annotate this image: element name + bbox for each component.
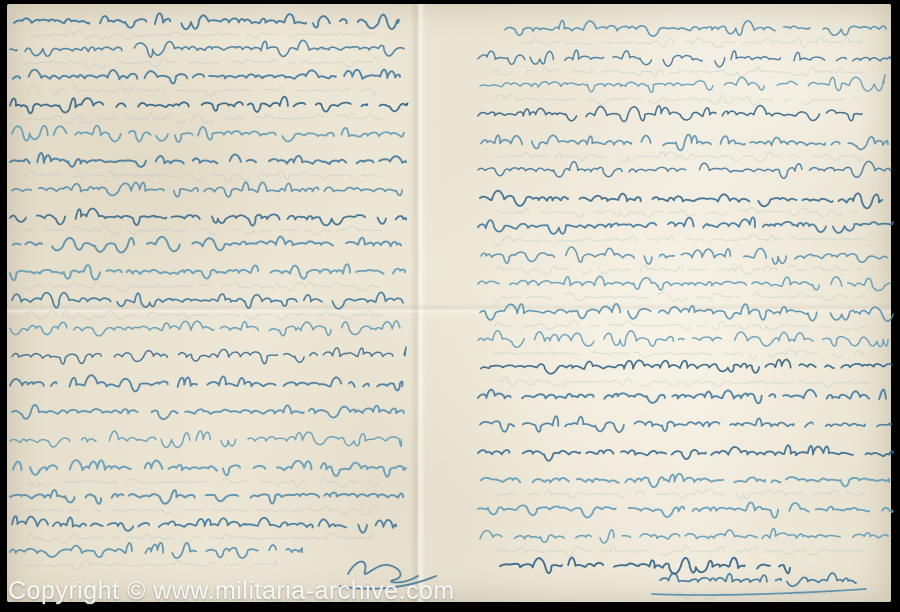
handwritten-line xyxy=(481,474,889,487)
handwritten-line xyxy=(480,304,893,321)
handwritten-line xyxy=(10,208,406,225)
handwritten-line xyxy=(29,31,373,39)
handwritten-line xyxy=(478,276,890,290)
handwritten-line xyxy=(496,377,868,388)
handwritten-line xyxy=(25,560,277,569)
scanned-letter-photo: Copyright © www.militaria-archive.com xyxy=(0,0,900,612)
handwritten-line xyxy=(481,247,887,264)
handwritten-line xyxy=(10,543,302,558)
handwritten-line xyxy=(660,573,856,586)
handwritten-line xyxy=(25,226,381,235)
handwritten-line xyxy=(12,182,402,197)
handwritten-line xyxy=(14,13,399,29)
handwritten-line xyxy=(493,67,865,76)
handwritten-line xyxy=(10,97,408,114)
handwritten-line xyxy=(10,431,401,448)
handwritten-line xyxy=(12,405,404,419)
handwritten-line xyxy=(495,546,863,555)
handwritten-line xyxy=(478,106,862,122)
handwritten-line xyxy=(481,360,892,374)
handwritten-line xyxy=(13,460,406,477)
handwritten-line xyxy=(10,153,406,167)
handwritten-line xyxy=(25,114,382,123)
handwritten-line xyxy=(28,478,380,487)
handwritten-line xyxy=(27,533,371,543)
handwritten-line xyxy=(12,347,406,364)
handwritten-line xyxy=(520,37,861,47)
handwritten-line xyxy=(480,191,882,209)
handwritten-line xyxy=(496,265,862,274)
final-word-underline xyxy=(652,589,866,595)
handwritten-line xyxy=(480,529,888,543)
handwritten-line xyxy=(480,416,891,432)
handwritten-line xyxy=(25,171,381,181)
handwritten-line xyxy=(25,506,378,515)
handwritten-line xyxy=(10,321,400,336)
handwritten-line xyxy=(505,21,886,37)
handwritten-line xyxy=(12,126,404,142)
handwriting-layer xyxy=(0,0,900,612)
handwritten-line xyxy=(25,282,380,291)
handwritten-line xyxy=(27,310,380,319)
handwritten-line xyxy=(478,161,891,178)
handwritten-line xyxy=(10,490,403,504)
handwritten-line xyxy=(25,57,379,68)
handwritten-line xyxy=(12,516,396,533)
handwritten-line xyxy=(493,292,865,302)
handwritten-line xyxy=(480,75,885,93)
handwritten-line xyxy=(481,135,888,151)
handwritten-line xyxy=(496,490,864,499)
handwritten-line xyxy=(478,445,893,460)
ink-bleedthrough-right-page xyxy=(493,37,868,599)
handwriting-right-page xyxy=(478,21,893,587)
handwritten-line xyxy=(652,589,866,595)
handwritten-line xyxy=(495,207,857,217)
handwritten-line xyxy=(10,40,404,57)
handwritten-line xyxy=(478,331,888,348)
handwritten-line xyxy=(478,217,893,234)
handwritten-line xyxy=(13,237,401,253)
handwritten-line xyxy=(13,70,400,84)
handwritten-line xyxy=(28,86,375,96)
handwritten-line xyxy=(500,558,790,574)
handwritten-line xyxy=(493,350,864,359)
handwritten-line xyxy=(495,321,868,330)
handwritten-line xyxy=(12,292,403,308)
handwritten-line xyxy=(495,95,859,105)
handwritten-line xyxy=(10,375,403,391)
handwritten-line xyxy=(10,264,405,280)
handwritten-line xyxy=(493,235,867,245)
handwritten-line xyxy=(478,390,886,404)
handwritten-line xyxy=(496,152,863,162)
handwritten-line xyxy=(478,502,893,517)
copyright-watermark: Copyright © www.militaria-archive.com xyxy=(8,577,455,606)
handwritten-line xyxy=(478,50,890,67)
